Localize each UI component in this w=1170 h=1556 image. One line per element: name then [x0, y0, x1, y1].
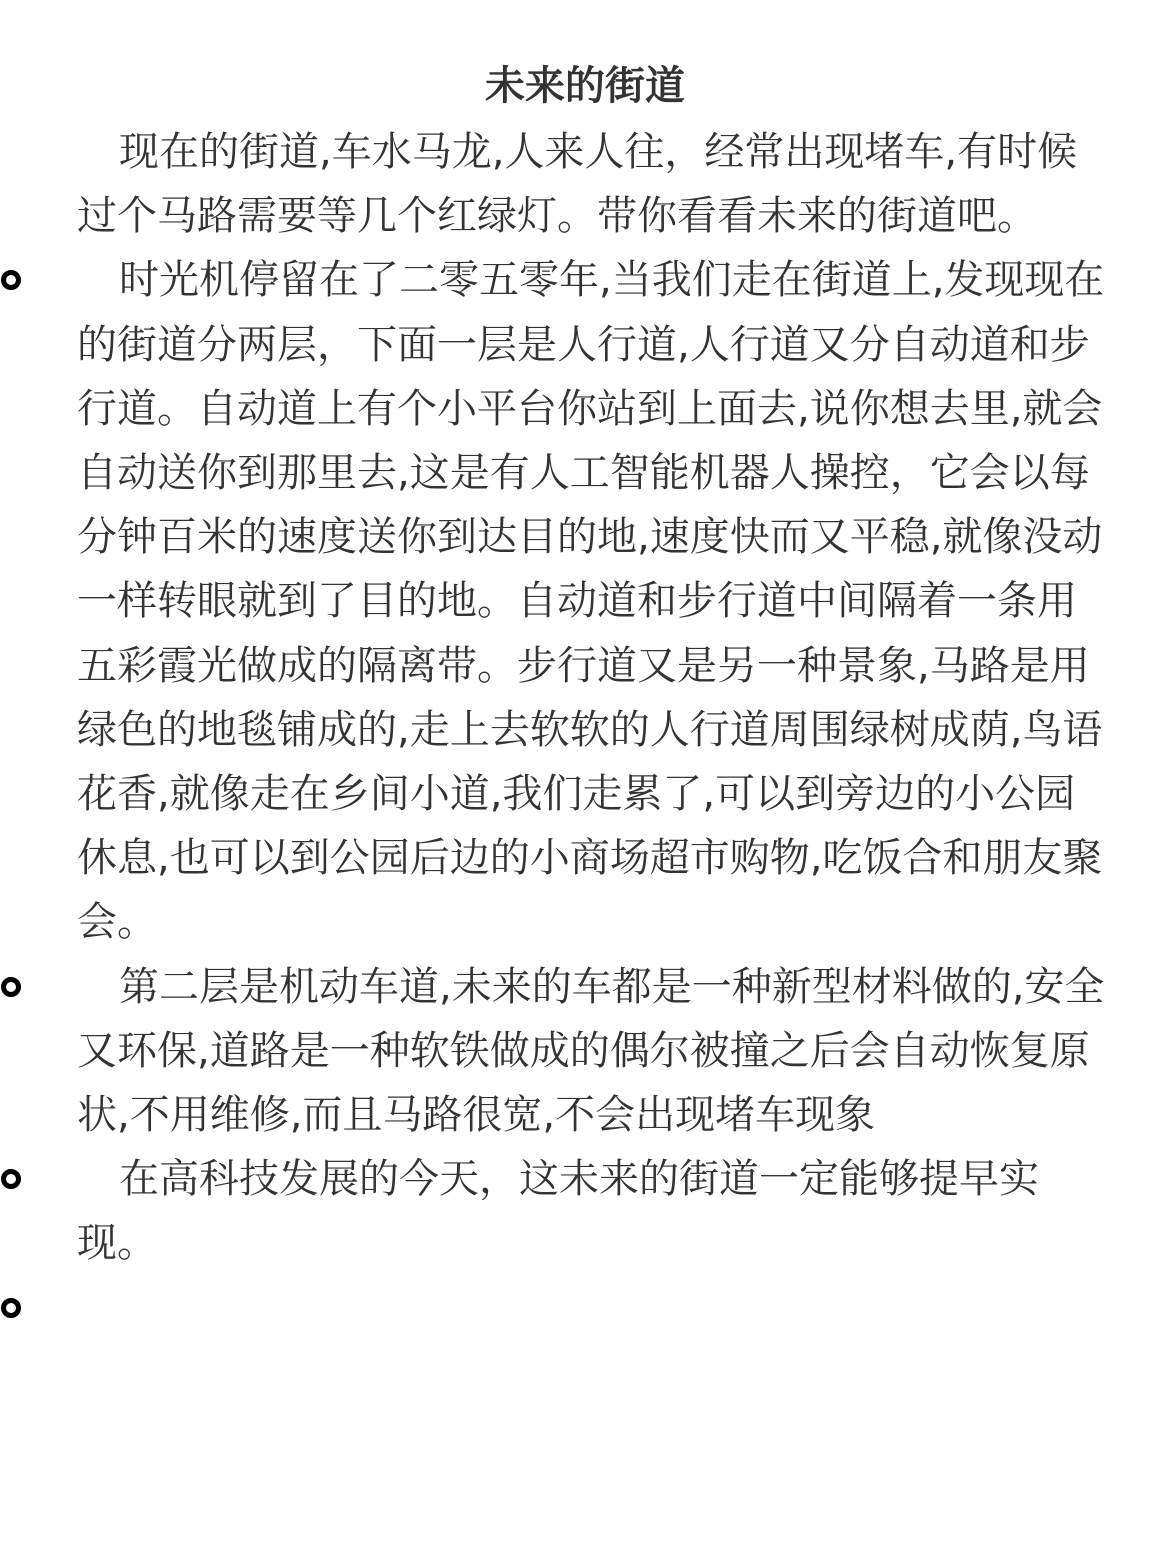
paragraph-text: 现在的街道,车水马龙,人来人往，经常出现堵车,有时候过个马路需要等几个红绿灯。带…	[77, 129, 1077, 239]
paragraph-text: 在高科技发展的今天，这未来的街道一定能够提早实现。	[77, 1156, 1039, 1266]
bullet-icon	[1, 977, 21, 997]
bullet-icon	[1, 1298, 21, 1318]
paragraph-first-layer: 时光机停留在了二零五零年,当我们走在街道上,发现现在的街道分两层，下面一层是人行…	[77, 248, 1107, 954]
bullet-icon	[1, 1169, 21, 1189]
paragraph-intro: 现在的街道,车水马龙,人来人往，经常出现堵车,有时候过个马路需要等几个红绿灯。带…	[77, 120, 1107, 248]
paragraph-empty	[77, 1276, 1107, 1340]
paragraph-second-layer: 第二层是机动车道,未来的车都是一种新型材料做的,安全又环保,道路是一种软铁做成的…	[77, 955, 1107, 1148]
paragraph-text: 时光机停留在了二零五零年,当我们走在街道上,发现现在的街道分两层，下面一层是人行…	[77, 257, 1104, 945]
document-body: 现在的街道,车水马龙,人来人往，经常出现堵车,有时候过个马路需要等几个红绿灯。带…	[77, 120, 1107, 1340]
bullet-icon	[1, 270, 21, 290]
paragraph-text: 第二层是机动车道,未来的车都是一种新型材料做的,安全又环保,道路是一种软铁做成的…	[77, 964, 1104, 1138]
document-title: 未来的街道	[0, 56, 1170, 116]
paragraph-conclusion: 在高科技发展的今天，这未来的街道一定能够提早实现。	[77, 1147, 1107, 1275]
